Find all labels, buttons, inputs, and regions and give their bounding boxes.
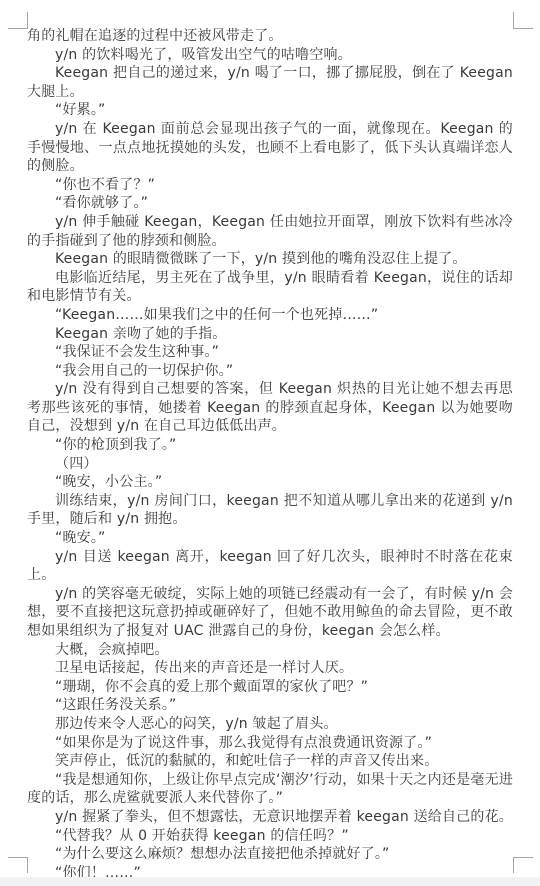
paragraph: y/n 目送 keegan 离开，keegan 回了好几次头，眼神时不时落在花束… [27, 548, 513, 585]
paragraph: Keegan 把自己的递过来，y/n 喝了一口，挪了挪屁股，倒在了 Keegan… [27, 64, 513, 101]
paragraph: “为什么要这么麻烦？想想办法直接把他杀掉就好了。” [27, 845, 513, 864]
paragraph: 大概，会疯掉吧。 [27, 641, 513, 660]
paragraph: y/n 的饮料喝光了，吸管发出空气的咕噜空响。 [27, 46, 513, 65]
paragraph: 卫星电话接起，传出来的声音还是一样讨人厌。 [27, 659, 513, 678]
paragraph: “你也不看了？” [27, 176, 513, 195]
paragraph: “我会用自己的一切保护你。” [27, 362, 513, 381]
paragraph: y/n 伸手触碰 Keegan，Keegan 任由她拉开面罩，刚放下饮料有些冰冷… [27, 213, 513, 250]
page-text-area: 角的礼帽在追逐的过程中还被风带走了。 y/n 的饮料喝光了，吸管发出空气的咕噜空… [27, 27, 513, 877]
paragraph: “如果你是为了说这件事，那么我觉得有点浪费通讯资源了。” [27, 734, 513, 753]
paragraph: 电影临近结尾，男主死在了战争里，y/n 眼睛看着 Keegan，说住的话却和电影… [27, 269, 513, 306]
paragraph: （四） [27, 455, 513, 474]
paragraph: Keegan 的眼睛微微眯了一下，y/n 摸到他的嘴角没忍住上提了。 [27, 250, 513, 269]
paragraph: “你们！……” [27, 864, 513, 877]
paragraph: y/n 握紧了拳头，但不想露怯，无意识地摆弄着 keegan 送给自己的花。 [27, 808, 513, 827]
paragraph: y/n 在 Keegan 面前总会显现出孩子气的一面，就像现在。Keegan 的… [27, 120, 513, 176]
paragraph: “我是想通知你，上级让你早点完成‘潮汐’行动，如果十天之内还是毫无进度的话，那么… [27, 771, 513, 808]
paragraph: 笑声停止，低沉的黏腻的，和蛇吐信子一样的声音又传出来。 [27, 752, 513, 771]
paragraph: “看你就够了。” [27, 194, 513, 213]
paragraph: “Keegan……如果我们之中的任何一个也死掉……” [27, 306, 513, 325]
margin-crop-mark-top-left [8, 12, 28, 29]
paragraph: y/n 的笑容毫无破绽，实际上她的项链已经震动有一会了，有时候 y/n 会想，要… [27, 585, 513, 641]
paragraph: “我保证不会发生这种事。” [27, 343, 513, 362]
paragraph: y/n 没有得到自己想要的答案，但 Keegan 炽热的目光让她不想去再思考那些… [27, 380, 513, 436]
paragraph: “代替我？从 0 开始获得 keegan 的信任吗？” [27, 827, 513, 846]
paragraph: “这跟任务没关系。” [27, 696, 513, 715]
paragraph: “你的枪顶到我了。” [27, 436, 513, 455]
paragraph: 训练结束，y/n 房间门口，keegan 把不知道从哪儿拿出来的花递到 y/n … [27, 492, 513, 529]
margin-crop-mark-top-right [513, 12, 533, 29]
paragraph: 那边传来令人恶心的闷笑，y/n 皱起了眉头。 [27, 715, 513, 734]
paragraph: “珊瑚，你不会真的爱上那个戴面罩的家伙了吧？” [27, 678, 513, 697]
paragraph: Keegan 亲吻了她的手指。 [27, 325, 513, 344]
paragraph: “晚安。” [27, 529, 513, 548]
document-page: 角的礼帽在追逐的过程中还被风带走了。 y/n 的饮料喝光了，吸管发出空气的咕噜空… [0, 0, 540, 877]
paragraph: “晚安，小公主。” [27, 473, 513, 492]
margin-crop-mark-bottom-right [513, 857, 533, 873]
paragraph: 角的礼帽在追逐的过程中还被风带走了。 [27, 27, 513, 46]
paragraph: “好累。” [27, 101, 513, 120]
margin-crop-mark-bottom-left [8, 857, 28, 873]
